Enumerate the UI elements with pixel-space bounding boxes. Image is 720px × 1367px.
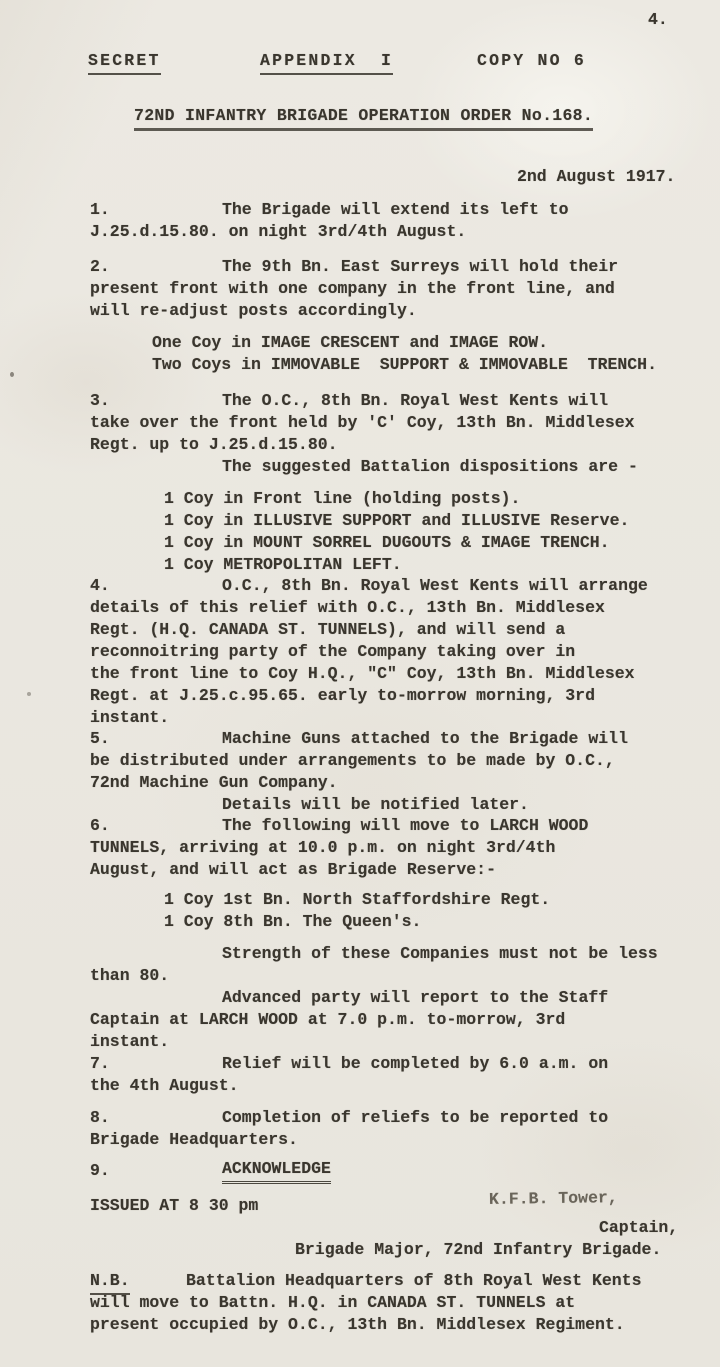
document-title: 72ND INFANTRY BRIGADE OPERATION ORDER No… <box>134 106 593 131</box>
advanced-party-line: Captain at LARCH WOOD at 7.0 p.m. to-mor… <box>90 1010 565 1030</box>
classification-label: SECRET <box>88 51 161 75</box>
para-5-line: 72nd Machine Gun Company. <box>90 773 338 793</box>
para-3-line: Regt. up to J.25.d.15.80. <box>90 435 338 455</box>
para-6-line: TUNNELS, arriving at 10.0 p.m. on night … <box>90 838 555 858</box>
para-4-line: Regt. at J.25.c.95.65. early to-morrow m… <box>90 686 595 706</box>
strength-line: Strength of these Companies must not be … <box>222 944 658 964</box>
nb-line: Battalion Headquarters of 8th Royal West… <box>186 1271 641 1291</box>
para-1-line: J.25.d.15.80. on night 3rd/4th August. <box>90 222 466 242</box>
para-5-line: Machine Guns attached to the Brigade wil… <box>222 729 628 749</box>
disposition-item: 1 Coy in Front line (holding posts). <box>164 489 520 509</box>
para-4-line: details of this relief with O.C., 13th B… <box>90 598 605 618</box>
para-2-sub-line: One Coy in IMAGE CRESCENT and IMAGE ROW. <box>152 333 548 353</box>
ink-speck <box>27 692 31 696</box>
para-6-number: 6. <box>90 816 110 836</box>
para-2-line: will re-adjust posts accordingly. <box>90 301 417 321</box>
para-3-line: The O.C., 8th Bn. Royal West Kents will <box>222 391 608 411</box>
acknowledge-heading: ACKNOWLEDGE <box>222 1159 331 1184</box>
disposition-item: 1 Coy in MOUNT SORREL DUGOUTS & IMAGE TR… <box>164 533 610 553</box>
nb-line: will move to Battn. H.Q. in CANADA ST. T… <box>90 1293 575 1313</box>
para-7-line: Relief will be completed by 6.0 a.m. on <box>222 1054 608 1074</box>
para-2-line: The 9th Bn. East Surreys will hold their <box>222 257 618 277</box>
para-8-line: Completion of reliefs to be reported to <box>222 1108 608 1128</box>
para-4-line: reconnoitring party of the Company takin… <box>90 642 575 662</box>
para-2-sub-line: Two Coys in IMMOVABLE SUPPORT & IMMOVABL… <box>152 355 657 375</box>
para-7-number: 7. <box>90 1054 110 1074</box>
para-8-number: 8. <box>90 1108 110 1128</box>
para-5-number: 5. <box>90 729 110 749</box>
document-date: 2nd August 1917. <box>517 167 675 187</box>
para-2-line: present front with one company in the fr… <box>90 279 615 299</box>
signature-role: Brigade Major, 72nd Infantry Brigade. <box>295 1240 661 1260</box>
para-1-number: 1. <box>90 200 110 220</box>
para-6-line: August, and will act as Brigade Reserve:… <box>90 860 496 880</box>
para-3-line: take over the front held by 'C' Coy, 13t… <box>90 413 635 433</box>
para-6-line: The following will move to LARCH WOOD <box>222 816 588 836</box>
para-2-number: 2. <box>90 257 110 277</box>
reserve-item: 1 Coy 8th Bn. The Queen's. <box>164 912 421 932</box>
advanced-party-line: instant. <box>90 1032 169 1052</box>
para-4-line: the front line to Coy H.Q., "C" Coy, 13t… <box>90 664 635 684</box>
scanned-operation-order-page: 4. SECRET APPENDIX I COPY NO 6 72ND INFA… <box>0 0 720 1367</box>
para-3-note: The suggested Battalion dispositions are… <box>222 457 638 477</box>
para-9-number: 9. <box>90 1161 110 1181</box>
signature: K.F.B. Tower, <box>489 1188 618 1210</box>
page-number: 4. <box>648 10 668 30</box>
para-4-line: Regt. (H.Q. CANADA ST. TUNNELS), and wil… <box>90 620 565 640</box>
nb-label: N.B. <box>90 1271 130 1295</box>
copy-number: COPY NO 6 <box>477 51 586 71</box>
para-4-number: 4. <box>90 576 110 596</box>
ink-speck <box>10 372 14 377</box>
para-4-line: instant. <box>90 708 169 728</box>
appendix-label: APPENDIX I <box>260 51 393 75</box>
para-8-line: Brigade Headquarters. <box>90 1130 298 1150</box>
para-1-line: The Brigade will extend its left to <box>222 200 569 220</box>
issued-time: ISSUED AT 8 30 pm <box>90 1196 258 1216</box>
para-4-line: O.C., 8th Bn. Royal West Kents will arra… <box>222 576 648 596</box>
para-3-number: 3. <box>90 391 110 411</box>
disposition-item: 1 Coy in ILLUSIVE SUPPORT and ILLUSIVE R… <box>164 511 629 531</box>
signature-rank: Captain, <box>599 1218 678 1238</box>
advanced-party-line: Advanced party will report to the Staff <box>222 988 608 1008</box>
para-5-line: be distributed under arrangements to be … <box>90 751 615 771</box>
strength-line: than 80. <box>90 966 169 986</box>
nb-line: present occupied by O.C., 13th Bn. Middl… <box>90 1315 625 1335</box>
reserve-item: 1 Coy 1st Bn. North Staffordshire Regt. <box>164 890 550 910</box>
para-5-note: Details will be notified later. <box>222 795 529 815</box>
disposition-item: 1 Coy METROPOLITAN LEFT. <box>164 555 402 575</box>
para-7-line: the 4th August. <box>90 1076 239 1096</box>
